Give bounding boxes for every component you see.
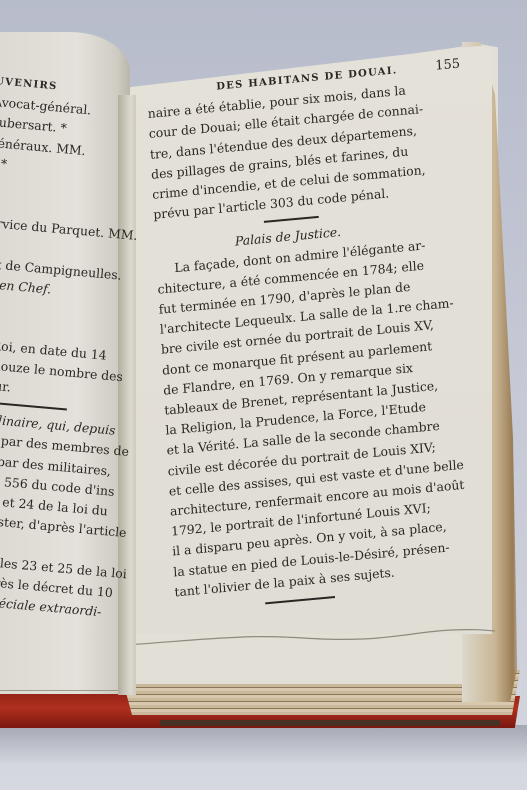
torn-page-edge [123, 625, 495, 650]
page-number: 155 [435, 54, 461, 76]
book-shadow [0, 725, 527, 765]
left-divider-rule [0, 401, 67, 411]
right-page-text: DES HABITANS DE DOUAI. 155 naire a été é… [146, 53, 489, 618]
cover-spine-stripe [160, 720, 500, 726]
end-divider-rule [265, 596, 335, 604]
left-page-crease [0, 690, 120, 691]
photo-scene: UVENIRS Avocat-général. aubersart. * gén… [0, 0, 527, 790]
section-divider-rule [264, 216, 319, 223]
